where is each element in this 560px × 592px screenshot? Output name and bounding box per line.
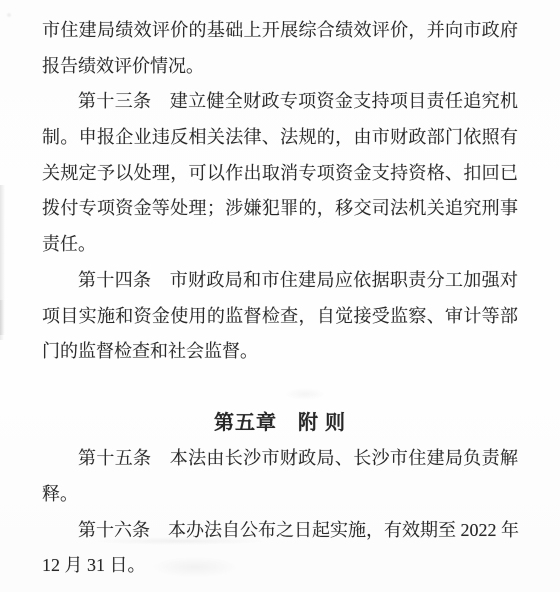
text-line: 第十六条 本办法自公布之日起实施，有效期至 2022 年 xyxy=(42,513,518,549)
text-line: 项目实施和资金使用的监督检查，自觉接受监察、审计等部 xyxy=(42,299,518,335)
text-line: 第十五条 本法由长沙市财政局、长沙市住建局负责解 xyxy=(42,441,518,477)
text-line: 第十三条 建立健全财政专项资金支持项目责任追究机 xyxy=(42,84,518,120)
text-line: 报告绩效评价情况。 xyxy=(42,49,518,85)
scan-artifact xyxy=(0,300,4,340)
paragraph: 第十三条 建立健全财政专项资金支持项目责任追究机制。申报企业违反相关法律、法规的… xyxy=(42,84,518,262)
text-line: 关规定予以处理，可以作出取消专项资金支持资格、扣回已 xyxy=(42,156,518,192)
paragraph: 第十四条 市财政局和市住建局应依据职责分工加强对项目实施和资金使用的监督检查，自… xyxy=(42,263,518,370)
text-line: 12 月 31 日。 xyxy=(42,548,518,584)
document-text-block: 市住建局绩效评价的基础上开展综合绩效评价，并向市政府报告绩效评价情况。第十三条 … xyxy=(42,13,518,584)
text-line: 拨付专项资金等处理；涉嫌犯罪的，移交司法机关追究刑事 xyxy=(42,191,518,227)
chapter-heading: 第五章 附 则 xyxy=(42,406,518,442)
scan-artifact xyxy=(6,12,12,18)
text-line: 责任。 xyxy=(42,227,518,263)
text-line: 第十四条 市财政局和市住建局应依据职责分工加强对 xyxy=(42,263,518,299)
paragraph: 市住建局绩效评价的基础上开展综合绩效评价，并向市政府报告绩效评价情况。 xyxy=(42,13,518,84)
paragraph: 第十六条 本办法自公布之日起实施，有效期至 2022 年12 月 31 日。 xyxy=(42,513,518,584)
scanned-document-page: 市住建局绩效评价的基础上开展综合绩效评价，并向市政府报告绩效评价情况。第十三条 … xyxy=(0,0,560,592)
text-line: 释。 xyxy=(42,477,518,513)
text-line: 市住建局绩效评价的基础上开展综合绩效评价，并向市政府 xyxy=(42,13,518,49)
text-line: 制。申报企业违反相关法律、法规的，由市财政部门依照有 xyxy=(42,120,518,156)
text-line: 门的监督检查和社会监督。 xyxy=(42,334,518,370)
paragraph: 第十五条 本法由长沙市财政局、长沙市住建局负责解释。 xyxy=(42,441,518,512)
scan-artifact xyxy=(0,185,5,335)
